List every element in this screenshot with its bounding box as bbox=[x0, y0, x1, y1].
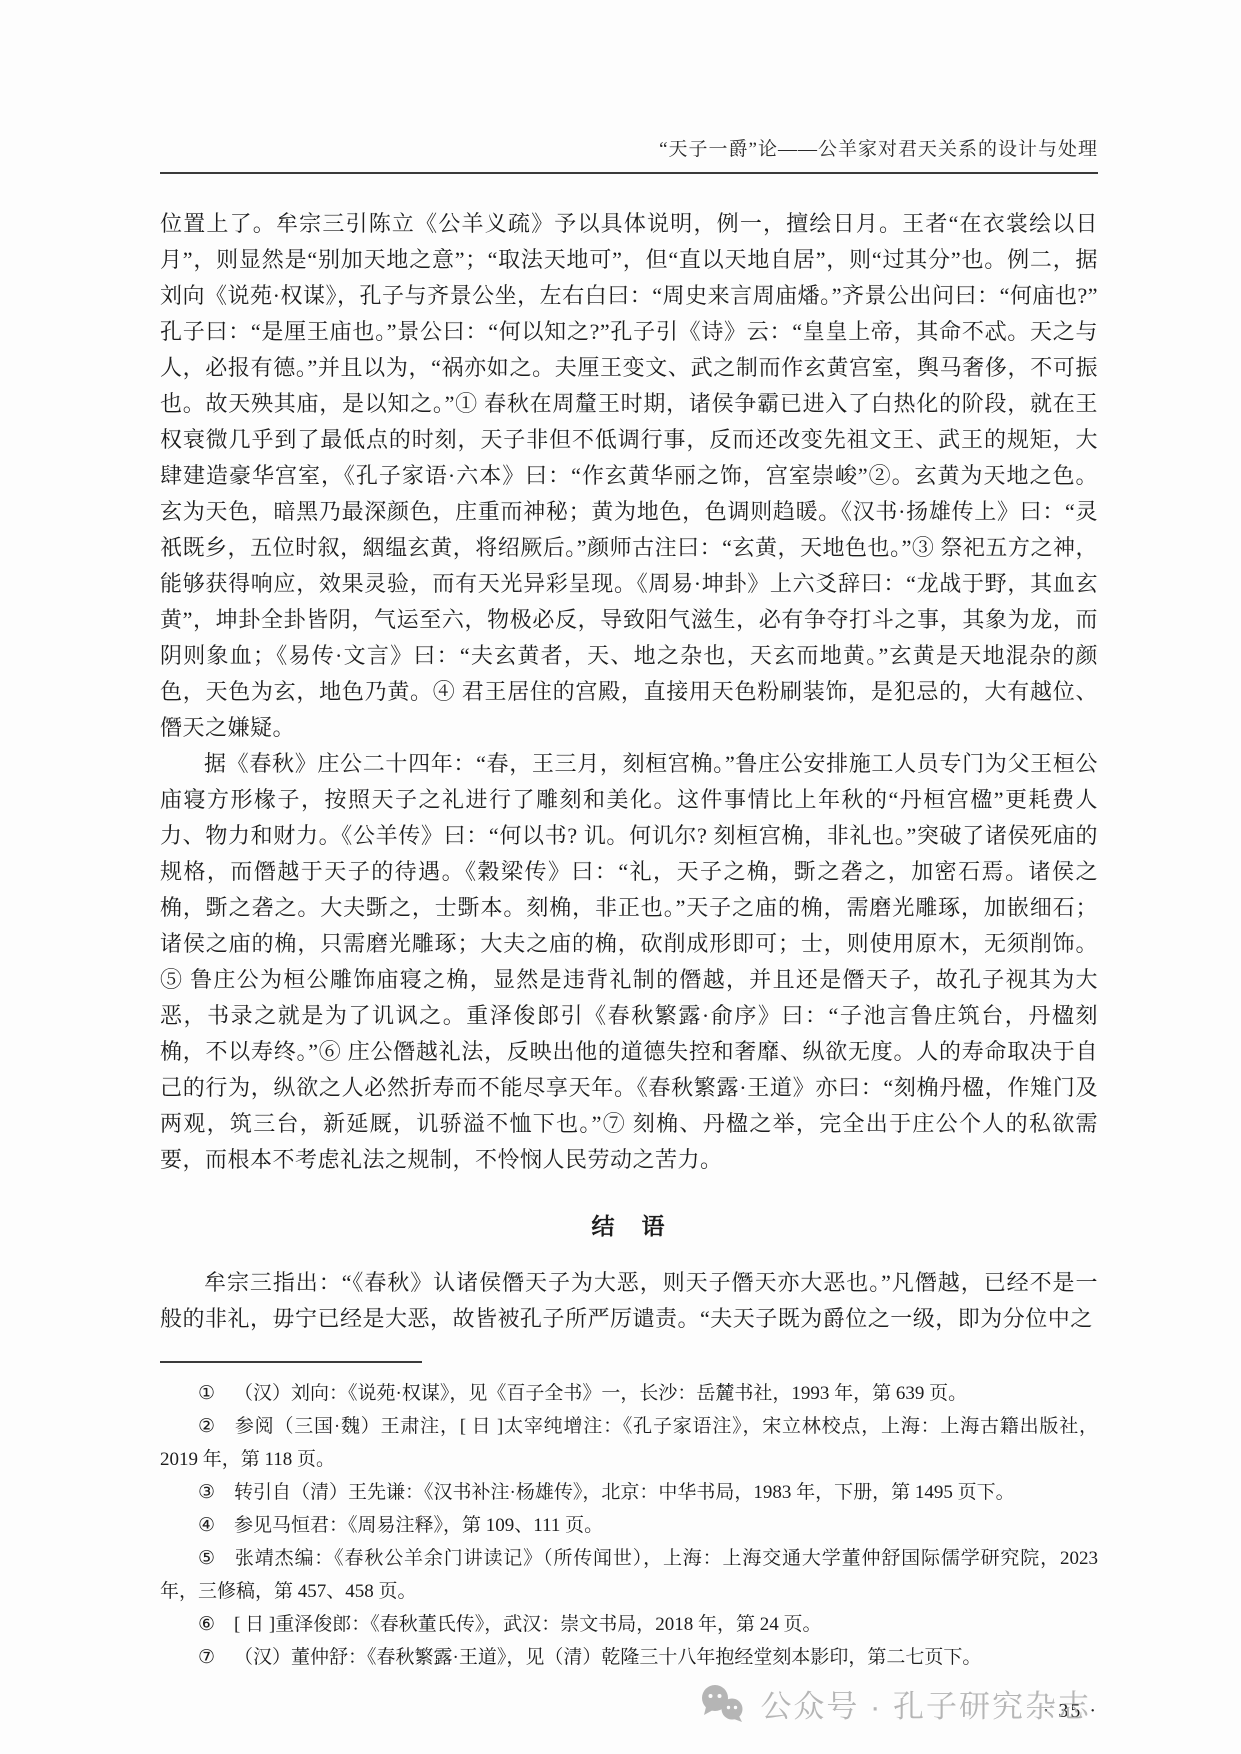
footnote-item: ④参见马恒君：《周易注释》，第 109、111 页。 bbox=[160, 1509, 1098, 1542]
watermark-label: 公众号 · 孔子研究杂志 bbox=[760, 1681, 1091, 1726]
running-head-title: “天子一爵”论——公羊家对君天关系的设计与处理 bbox=[160, 138, 1098, 162]
body-text: 位置上了。牟宗三引陈立《公羊义疏》予以具体说明，例一，擅绘日月。王者“在衣裳绘以… bbox=[160, 206, 1098, 1178]
footnote-text: 张靖杰编：《春秋公羊余门讲读记》（所传闻世），上海：上海交通大学董仲舒国际儒学研… bbox=[160, 1548, 1098, 1602]
footnote-text: 参见马恒君：《周易注释》，第 109、111 页。 bbox=[234, 1515, 603, 1536]
footnote-marker: ① bbox=[198, 1383, 215, 1404]
footnote-marker: ④ bbox=[198, 1515, 215, 1536]
footnote-marker: ③ bbox=[198, 1482, 215, 1503]
body-paragraph-2: 据《春秋》庄公二十四年：“春，王三月，刻桓宫桷。”鲁庄公安排施工人员专门为父王桓… bbox=[160, 746, 1098, 1178]
footnote-marker: ② bbox=[198, 1416, 216, 1437]
footnote-item: ①（汉）刘向：《说苑·权谋》，见《百子全书》一，长沙：岳麓书社，1993 年，第… bbox=[160, 1377, 1098, 1410]
footnote-item: ⑦（汉）董仲舒：《春秋繁露·王道》，见（清）乾隆三十八年抱经堂刻本影印，第二七页… bbox=[160, 1641, 1098, 1674]
header-rule bbox=[160, 172, 1098, 174]
conclusion-paragraph-1: 牟宗三指出：“《春秋》认诸侯僭天子为大恶，则天子僭天亦大恶也。”凡僭越，已经不是… bbox=[160, 1265, 1098, 1337]
footnote-text: （汉）董仲舒：《春秋繁露·王道》，见（清）乾隆三十八年抱经堂刻本影印，第二七页下… bbox=[234, 1647, 981, 1668]
footnotes-block: ①（汉）刘向：《说苑·权谋》，见《百子全书》一，长沙：岳麓书社，1993 年，第… bbox=[160, 1377, 1098, 1674]
footnote-item: ③转引自（清）王先谦：《汉书补注·杨雄传》，北京：中华书局，1983 年，下册，… bbox=[160, 1476, 1098, 1509]
section-heading-conclusion: 结 语 bbox=[160, 1208, 1098, 1241]
footnote-marker: ⑦ bbox=[198, 1647, 215, 1668]
footnote-text: [ 日 ]重泽俊郎：《春秋董氏传》，武汉：崇文书局，2018 年，第 24 页。 bbox=[234, 1614, 821, 1635]
footnote-text: 转引自（清）王先谦：《汉书补注·杨雄传》，北京：中华书局，1983 年，下册，第… bbox=[234, 1482, 1015, 1503]
footnote-item: ⑥[ 日 ]重泽俊郎：《春秋董氏传》，武汉：崇文书局，2018 年，第 24 页… bbox=[160, 1608, 1098, 1641]
watermark-banner: 公众号 · 孔子研究杂志 bbox=[700, 1681, 1091, 1726]
footnote-text: （汉）刘向：《说苑·权谋》，见《百子全书》一，长沙：岳麓书社，1993 年，第 … bbox=[234, 1383, 967, 1404]
conclusion-text: 牟宗三指出：“《春秋》认诸侯僭天子为大恶，则天子僭天亦大恶也。”凡僭越，已经不是… bbox=[160, 1265, 1098, 1337]
wechat-icon bbox=[700, 1684, 746, 1724]
footnote-item: ⑤张靖杰编：《春秋公羊余门讲读记》（所传闻世），上海：上海交通大学董仲舒国际儒学… bbox=[160, 1542, 1098, 1608]
footnote-marker: ⑥ bbox=[198, 1614, 215, 1635]
footnote-text: 参阅（三国·魏）王肃注，[ 日 ]太宰纯增注：《孔子家语注》，宋立林校点，上海：… bbox=[160, 1416, 1098, 1470]
document-page: “天子一爵”论——公羊家对君天关系的设计与处理 位置上了。牟宗三引陈立《公羊义疏… bbox=[0, 0, 1241, 1754]
footnote-marker: ⑤ bbox=[198, 1548, 216, 1569]
footnote-item: ②参阅（三国·魏）王肃注，[ 日 ]太宰纯增注：《孔子家语注》，宋立林校点，上海… bbox=[160, 1410, 1098, 1476]
footnote-separator-rule bbox=[160, 1361, 422, 1363]
body-paragraph-1: 位置上了。牟宗三引陈立《公羊义疏》予以具体说明，例一，擅绘日月。王者“在衣裳绘以… bbox=[160, 206, 1098, 746]
